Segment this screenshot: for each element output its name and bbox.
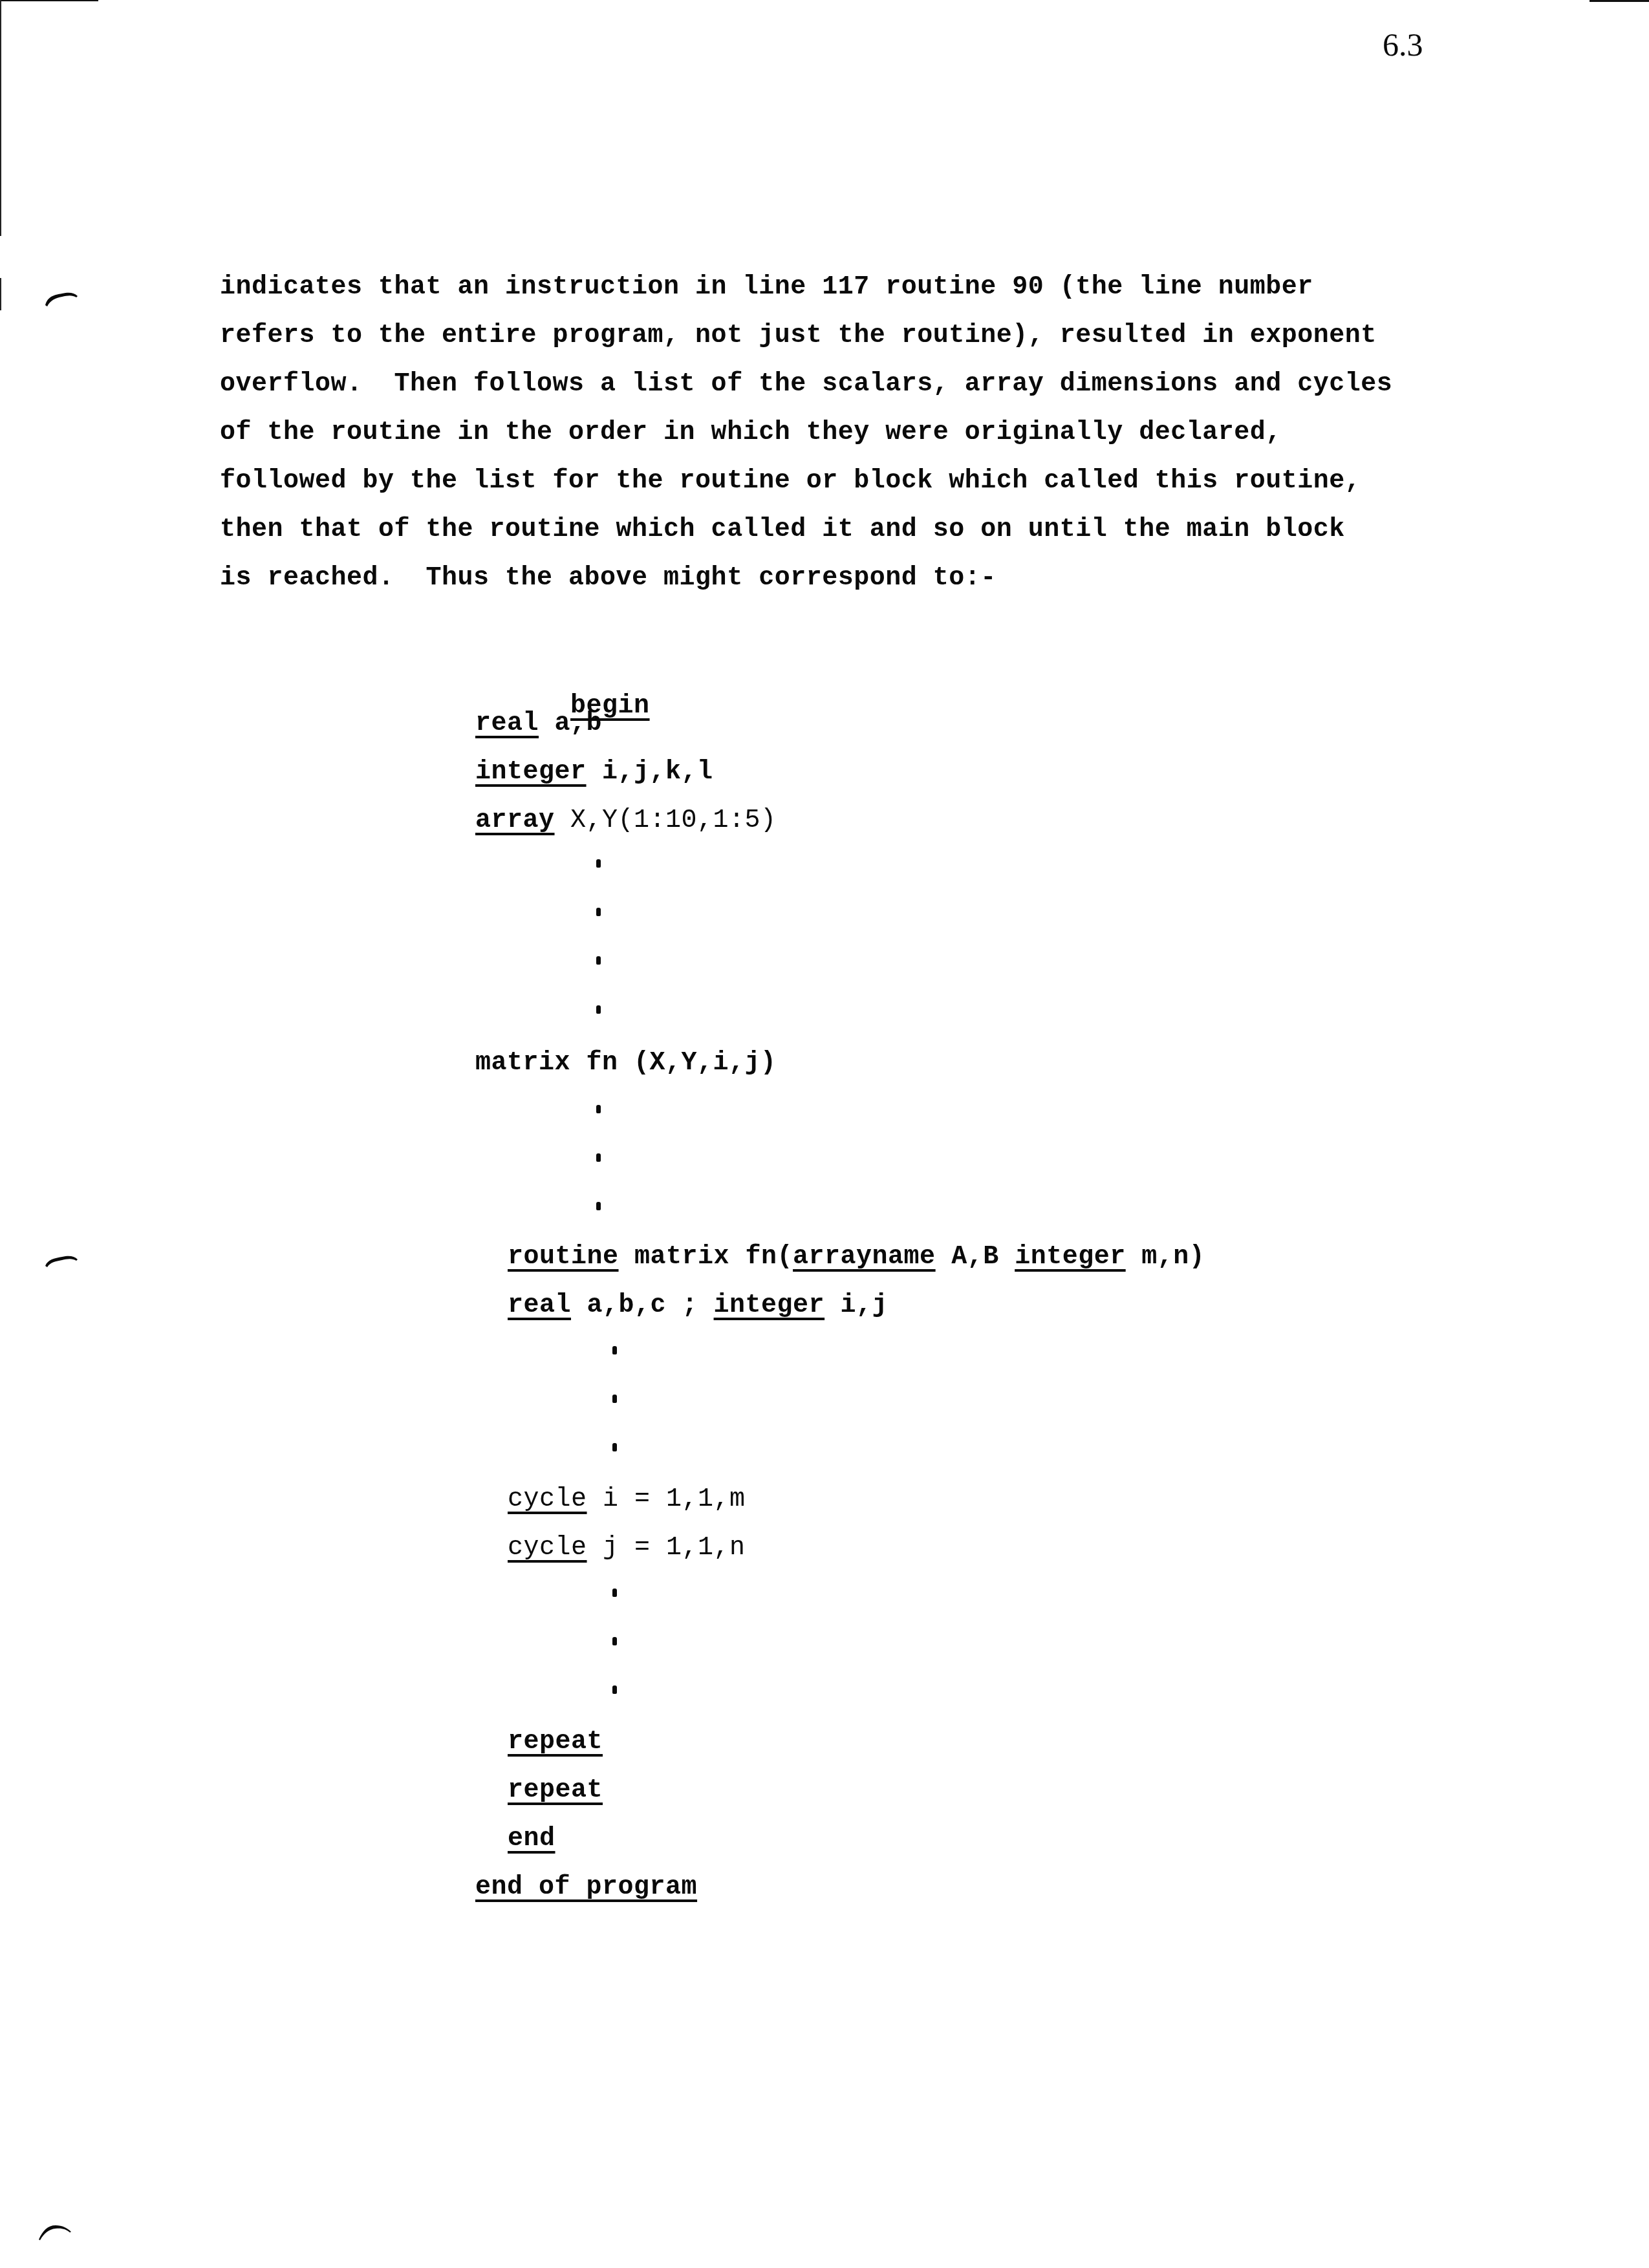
keyword: integer: [1015, 1243, 1126, 1272]
ellipsis-dot: [596, 1153, 601, 1162]
code-line-routine-declaration: routine matrix fn(arrayname A,B integer …: [508, 1242, 1205, 1273]
code-text: i = 1,1,m: [587, 1485, 746, 1514]
paragraph-line: is reached. Thus the above might corresp…: [220, 563, 997, 594]
keyword: end: [508, 1824, 555, 1854]
code-line-end: end: [508, 1824, 555, 1855]
paragraph-line: followed by the list for the routine or …: [220, 466, 1361, 497]
ellipsis-dot: [612, 1685, 617, 1694]
keyword: integer: [714, 1291, 825, 1320]
code-text: A,B: [936, 1243, 1015, 1272]
code-text: X,Y(1:10,1:5): [555, 806, 777, 835]
code-text: m,n): [1126, 1243, 1205, 1272]
paragraph-line: refers to the entire program, not just t…: [220, 321, 1377, 352]
ellipsis-dot: [612, 1589, 617, 1597]
code-line-end-of-program: end of program: [475, 1872, 697, 1903]
paragraph-line: then that of the routine which called it…: [220, 515, 1345, 546]
ellipsis-dot: [596, 956, 601, 965]
code-text: a,b,c ;: [571, 1291, 714, 1320]
ellipsis-dot: [612, 1346, 617, 1354]
keyword: array: [475, 806, 555, 835]
ellipsis-dot: [612, 1395, 617, 1403]
code-line-call: matrix fn (X,Y,i,j): [475, 1048, 777, 1079]
keyword: integer: [475, 758, 587, 787]
ellipsis-dot: [612, 1637, 617, 1645]
keyword: real: [508, 1291, 571, 1320]
code-text: a,b: [539, 709, 602, 738]
code-line-array-declaration: array X,Y(1:10,1:5): [475, 806, 777, 837]
code-line-cycle-j: cycle j = 1,1,n: [508, 1533, 746, 1564]
code-line-repeat: repeat: [508, 1727, 603, 1758]
code-line-cycle-i: cycle i = 1,1,m: [508, 1484, 746, 1515]
code-text: i,j: [824, 1291, 888, 1320]
scan-edge-top-right: [1590, 0, 1649, 2]
code-text: matrix fn(: [619, 1243, 793, 1272]
ellipsis-dot: [596, 908, 601, 916]
code-text: i,j,k,l: [587, 758, 713, 787]
binding-mark-icon: [44, 1253, 80, 1267]
code-line-routine-locals: real a,b,c ; integer i,j: [508, 1290, 888, 1321]
paragraph-line: overflow. Then follows a list of the sca…: [220, 369, 1392, 400]
code-line-real-declaration: real a,b: [475, 709, 602, 740]
ellipsis-dot: [596, 1105, 601, 1113]
ellipsis-dot: [596, 859, 601, 868]
keyword: end of program: [475, 1873, 697, 1902]
keyword: routine: [508, 1243, 619, 1272]
binding-mark-icon: [38, 2221, 74, 2241]
keyword: arrayname: [793, 1243, 936, 1272]
paragraph-line: indicates that an instruction in line 11…: [220, 272, 1313, 303]
keyword: repeat: [508, 1776, 603, 1805]
page-number: 6.3: [1383, 26, 1423, 63]
scan-edge-top-left: [0, 0, 98, 1]
scan-edge-left: [0, 0, 1, 236]
keyword: cycle: [508, 1534, 587, 1563]
scan-edge-left-lower: [0, 278, 1, 310]
paragraph-line: of the routine in the order in which the…: [220, 418, 1282, 449]
code-text: j = 1,1,n: [587, 1534, 746, 1563]
ellipsis-dot: [612, 1443, 617, 1451]
keyword: real: [475, 709, 539, 738]
code-line-repeat: repeat: [508, 1775, 603, 1806]
ellipsis-dot: [596, 1005, 601, 1014]
keyword: cycle: [508, 1485, 587, 1514]
document-page: 6.3 indicates that an instruction in lin…: [0, 0, 1649, 2268]
ellipsis-dot: [596, 1202, 601, 1210]
code-line-integer-declaration: integer i,j,k,l: [475, 757, 713, 788]
binding-mark-icon: [44, 290, 80, 306]
keyword: repeat: [508, 1728, 603, 1757]
